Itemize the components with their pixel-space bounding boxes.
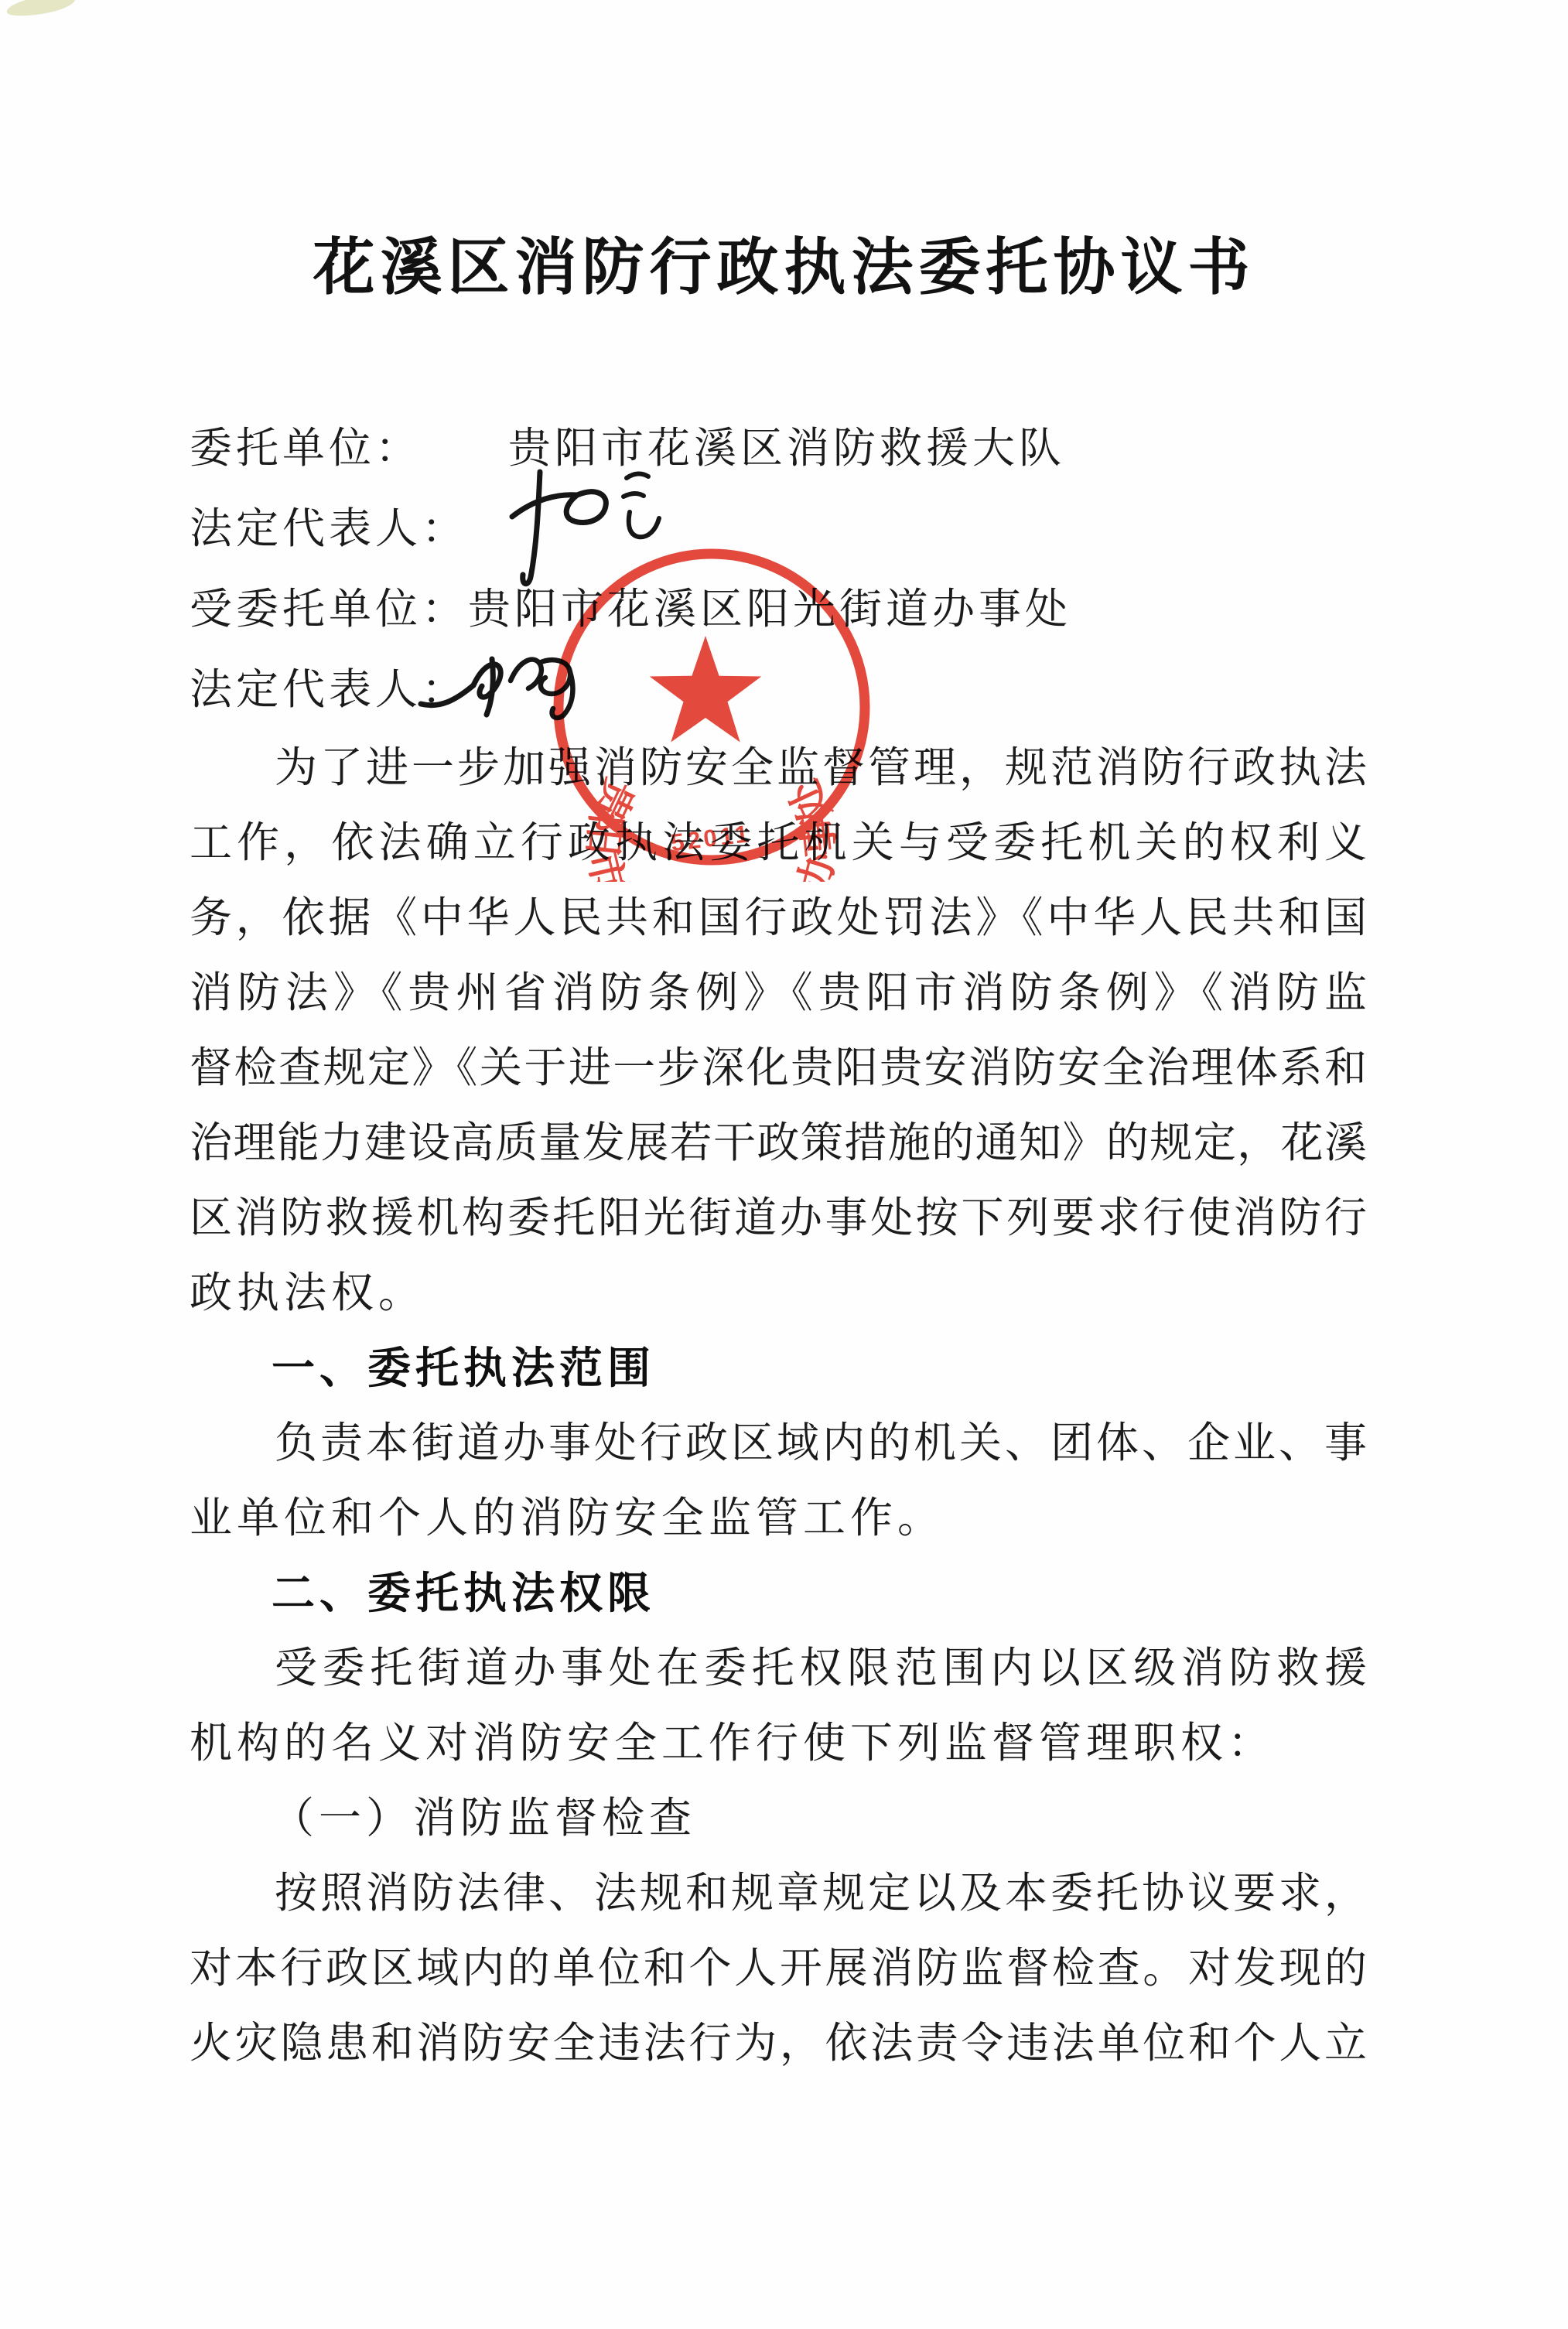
text-line-17: 受委托街道办事处在委托权限范围内以区级消防救援 (190, 1631, 1367, 1706)
field-label: 法定代表人： (190, 505, 468, 552)
document-title: 花溪区消防行政执法委托协议书 (0, 232, 1568, 303)
text-line-14: 负责本街道办事处行政区域内的机关、团体、企业、事 (190, 1405, 1367, 1480)
text-line-20: 按照消防法律、法规和规章规定以及本委托协议要求， (190, 1856, 1367, 1931)
text-line-21: 对本行政区域内的单位和个人开展消防监督检查。对发现的 (190, 1931, 1367, 2006)
scanned-document-page: 花溪区消防行政执法委托协议书 委托单位：贵阳市花溪区消防救援大队法定代表人：受委… (0, 0, 1568, 2329)
star-icon (650, 636, 762, 743)
official-seal: 贵阳市花溪区阳光街道办事处 52011 (546, 541, 877, 882)
text-line-18: 机构的名义对消防安全工作行使下列监督管理职权： (190, 1706, 1367, 1781)
text-line-15: 业单位和个人的消防安全监管工作。 (190, 1480, 1367, 1556)
text-line-13: 一、委托执法范围 (190, 1330, 1367, 1405)
text-line-12: 政执法权。 (190, 1255, 1367, 1330)
seal-code: 52011 (669, 820, 753, 856)
field-label: 委托单位： (190, 425, 422, 472)
text-line-9: 督检查规定》《关于进一步深化贵阳贵安消防安全治理体系和 (190, 1030, 1367, 1105)
text-line-1: 委托单位：贵阳市花溪区消防救援大队 (190, 408, 1367, 489)
text-line-7: 务，依据《中华人民共和国行政处罚法》《中华人民共和国 (190, 880, 1367, 955)
text-line-19: （一）消防监督检查 (190, 1781, 1367, 1856)
text-line-16: 二、委托执法权限 (190, 1556, 1367, 1631)
text-line-11: 区消防救援机构委托阳光街道办事处按下列要求行使消防行 (190, 1180, 1367, 1255)
text-line-10: 治理能力建设高质量发展若干政策措施的通知》的规定，花溪 (190, 1105, 1367, 1180)
field-label: 受委托单位： (190, 586, 468, 633)
text-line-22: 火灾隐患和消防安全违法行为，依法责令违法单位和个人立 (190, 2006, 1367, 2081)
text-line-8: 消防法》《贵州省消防条例》《贵阳市消防条例》《消防监 (190, 955, 1367, 1030)
scan-artifact (5, 0, 77, 20)
